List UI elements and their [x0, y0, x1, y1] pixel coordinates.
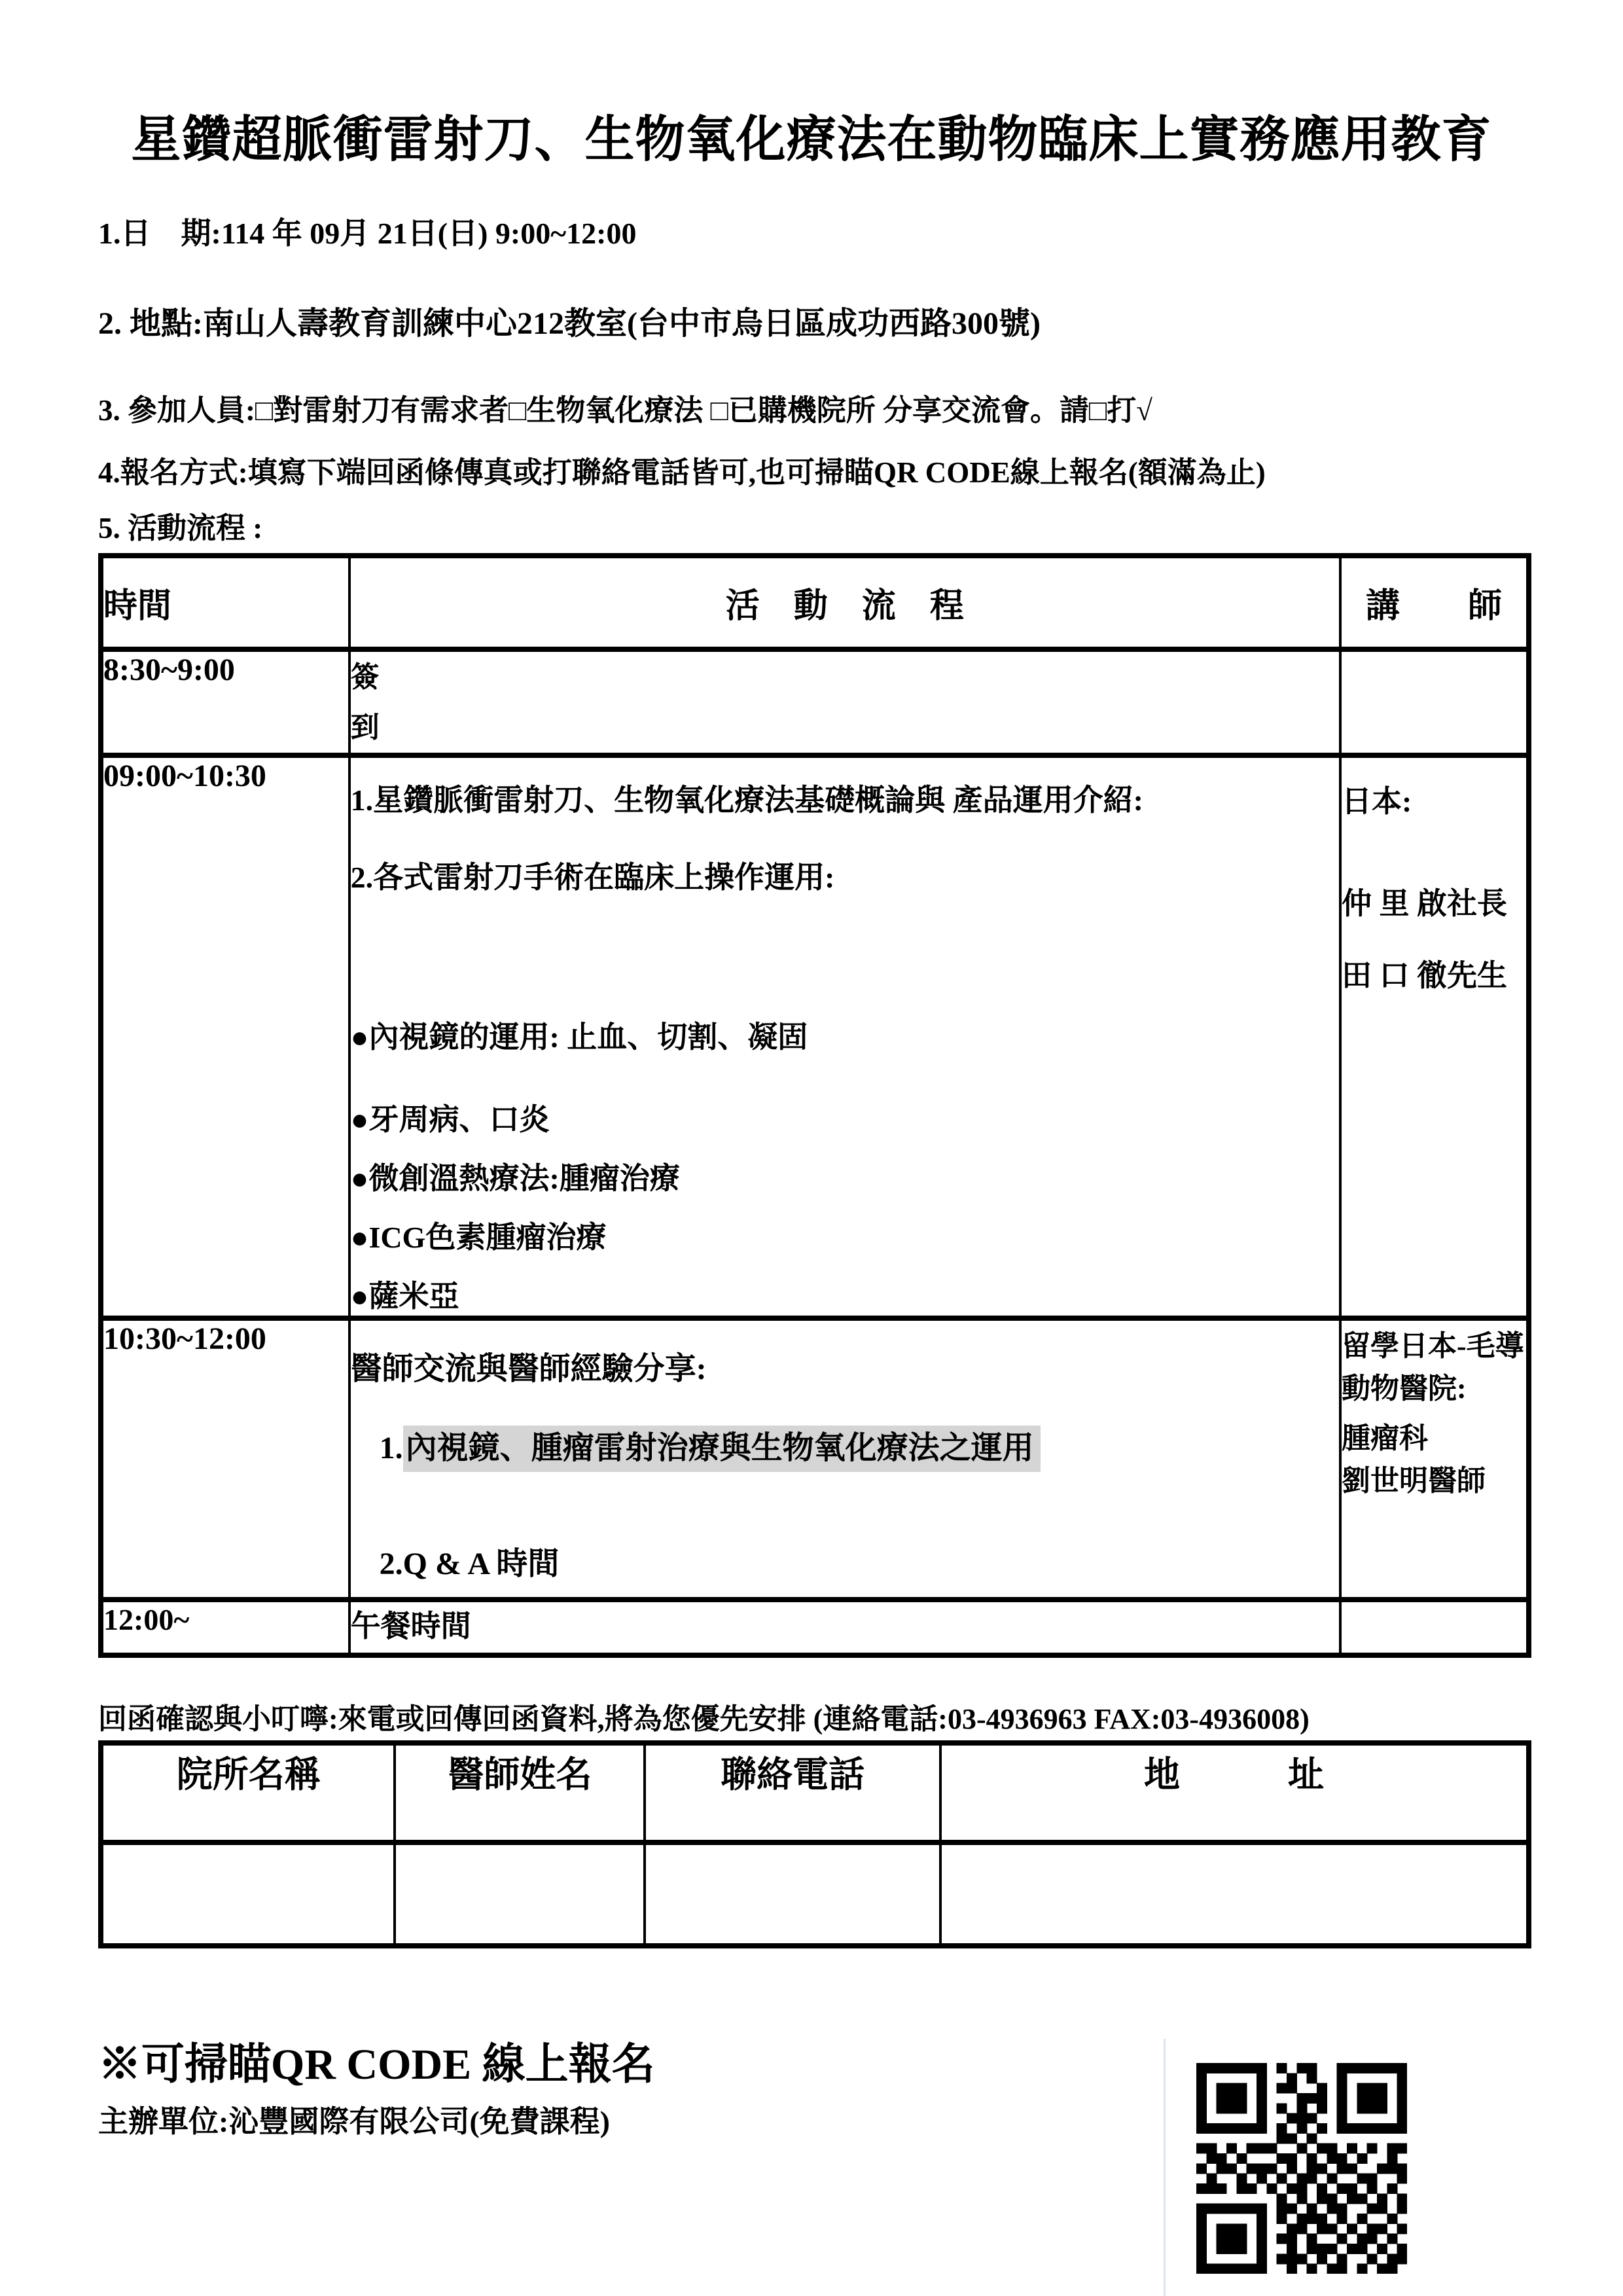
info-line-agenda-label: 5. 活動流程 :	[98, 504, 262, 547]
organizer-line: 主辦單位:沁豐國際有限公司(免費課程)	[98, 2098, 610, 2141]
qr-cell-border-line	[1164, 2039, 1166, 2296]
info-line-registration: 4.報名方式:填寫下端回函條傳真或打聯絡電話皆可,也可掃瞄QR CODE線上報名…	[98, 448, 1266, 491]
signin-line-1: 簽	[351, 652, 1339, 702]
info-line-location: 2. 地點:南山人壽教育訓練中心212教室(台中市烏日區成功西路300號)	[98, 298, 1041, 343]
schedule-header-activity: 活 動 流 程	[349, 556, 1340, 649]
session1-lecturer-name-1: 仲 里 啟社長	[1342, 880, 1526, 923]
reply-entry-clinic-name-cell	[101, 1842, 395, 1946]
session2-item-2: 2.Q & A 時間	[351, 1538, 1339, 1583]
schedule-table: 時間 活 動 流 程 講 師 8:30~9:00 簽 到 09:00~10:30…	[98, 553, 1531, 1658]
session1-time-cell: 09:00~10:30	[101, 755, 349, 1318]
session1-item-2: 2.各式雷射刀手術在臨床上操作運用:	[351, 853, 1339, 897]
info-line-date: 1.日 期:114 年 09月 21日(日) 9:00~12:00	[98, 209, 636, 253]
qr-scan-heading: ※可掃瞄QR CODE 線上報名	[98, 2029, 655, 2091]
flyer-page: 星鑽超脈衝雷射刀、生物氧化療法在動物臨床上實務應用教育 1.日 期:114 年 …	[0, 0, 1623, 2296]
signin-line-2: 到	[351, 702, 1339, 753]
session1-bullet-periodontal: ●牙周病、口炎	[351, 1096, 1339, 1139]
page-title: 星鑽超脈衝雷射刀、生物氧化療法在動物臨床上實務應用教育	[0, 99, 1623, 171]
reply-form-table: 院所名稱 醫師姓名 聯絡電話 地 址	[98, 1740, 1531, 1948]
session1-bullet-thermal: ●微創溫熱療法:腫瘤治療	[351, 1155, 1339, 1198]
qr-code-image	[1196, 2063, 1407, 2274]
reply-entry-doctor-name-cell	[395, 1842, 645, 1946]
session2-lecturer-cell: 留學日本-毛導 動物醫院: 腫瘤科 劉世明醫師	[1340, 1318, 1529, 1600]
reply-form-header-row: 院所名稱 醫師姓名 聯絡電話 地 址	[101, 1743, 1529, 1842]
session2-activity-cell: 醫師交流與醫師經驗分享: 1.內視鏡、腫瘤雷射治療與生物氧化療法之運用 2.Q …	[349, 1318, 1340, 1600]
reply-form-entry-row	[101, 1842, 1529, 1946]
session1-bullet-endoscope: ●內視鏡的運用: 止血、切割、凝固	[351, 1013, 1339, 1056]
session2-lecturer-line-1: 留學日本-毛導	[1342, 1330, 1526, 1362]
lunch-lecturer-cell	[1340, 1600, 1529, 1655]
lunch-activity-cell: 午餐時間	[349, 1600, 1340, 1655]
lunch-time-cell: 12:00~	[101, 1600, 349, 1655]
session1-lecturer-country: 日本:	[1342, 778, 1526, 821]
session1-activity-cell: 1.星鑽脈衝雷射刀、生物氧化療法基礎概論與 產品運用介紹: 2.各式雷射刀手術在…	[349, 755, 1340, 1318]
session2-lecturer-line-3: 腫瘤科	[1342, 1422, 1526, 1454]
info-line-participants: 3. 參加人員:□對雷射刀有需求者□生物氧化療法 □已購機院所 分享交流會。請□…	[98, 386, 1152, 429]
reply-header-contact-phone: 聯絡電話	[645, 1743, 940, 1842]
session1-lecturer-cell: 日本: 仲 里 啟社長 田 口 徹先生	[1340, 755, 1529, 1318]
session2-lecturer-line-2: 動物醫院:	[1342, 1372, 1526, 1405]
schedule-row-session1: 09:00~10:30 1.星鑽脈衝雷射刀、生物氧化療法基礎概論與 產品運用介紹…	[101, 755, 1529, 1318]
session2-item-1-highlighted-text: 內視鏡、腫瘤雷射治療與生物氧化療法之運用	[403, 1426, 1041, 1472]
session2-item-1: 1.內視鏡、腫瘤雷射治療與生物氧化療法之運用	[351, 1422, 1339, 1467]
qr-code	[1196, 2063, 1407, 2274]
session1-item-1: 1.星鑽脈衝雷射刀、生物氧化療法基礎概論與 產品運用介紹:	[351, 776, 1339, 819]
reply-header-clinic-name: 院所名稱	[101, 1743, 395, 1842]
reply-confirmation-note: 回函確認與小叮嚀:來電或回傳回函資料,將為您優先安排 (連絡電話:03-4936…	[98, 1695, 1310, 1737]
reply-header-doctor-name: 醫師姓名	[395, 1743, 645, 1842]
session2-time-cell: 10:30~12:00	[101, 1318, 349, 1600]
session2-lecturer-line-4: 劉世明醫師	[1342, 1465, 1526, 1497]
signin-time-cell: 8:30~9:00	[101, 649, 349, 755]
signin-lecturer-cell	[1340, 649, 1529, 755]
reply-entry-address-cell	[940, 1842, 1529, 1946]
signin-activity-cell: 簽 到	[349, 649, 1340, 755]
schedule-header-time: 時間	[101, 556, 349, 649]
session2-item-1-number: 1.	[380, 1431, 403, 1465]
reply-header-address: 地 址	[940, 1743, 1529, 1842]
reply-entry-contact-phone-cell	[645, 1842, 940, 1946]
session2-lead: 醫師交流與醫師經驗分享:	[351, 1343, 1339, 1388]
session1-bullet-samia: ●薩米亞	[351, 1272, 1339, 1316]
session1-bullet-icg: ●ICG色素腫瘤治療	[351, 1213, 1339, 1257]
session1-lecturer-name-2: 田 口 徹先生	[1342, 952, 1526, 995]
schedule-header-row: 時間 活 動 流 程 講 師	[101, 556, 1529, 649]
schedule-row-session2: 10:30~12:00 醫師交流與醫師經驗分享: 1.內視鏡、腫瘤雷射治療與生物…	[101, 1318, 1529, 1600]
schedule-header-lecturer: 講 師	[1340, 556, 1529, 649]
schedule-row-signin: 8:30~9:00 簽 到	[101, 649, 1529, 755]
schedule-row-lunch: 12:00~ 午餐時間	[101, 1600, 1529, 1655]
